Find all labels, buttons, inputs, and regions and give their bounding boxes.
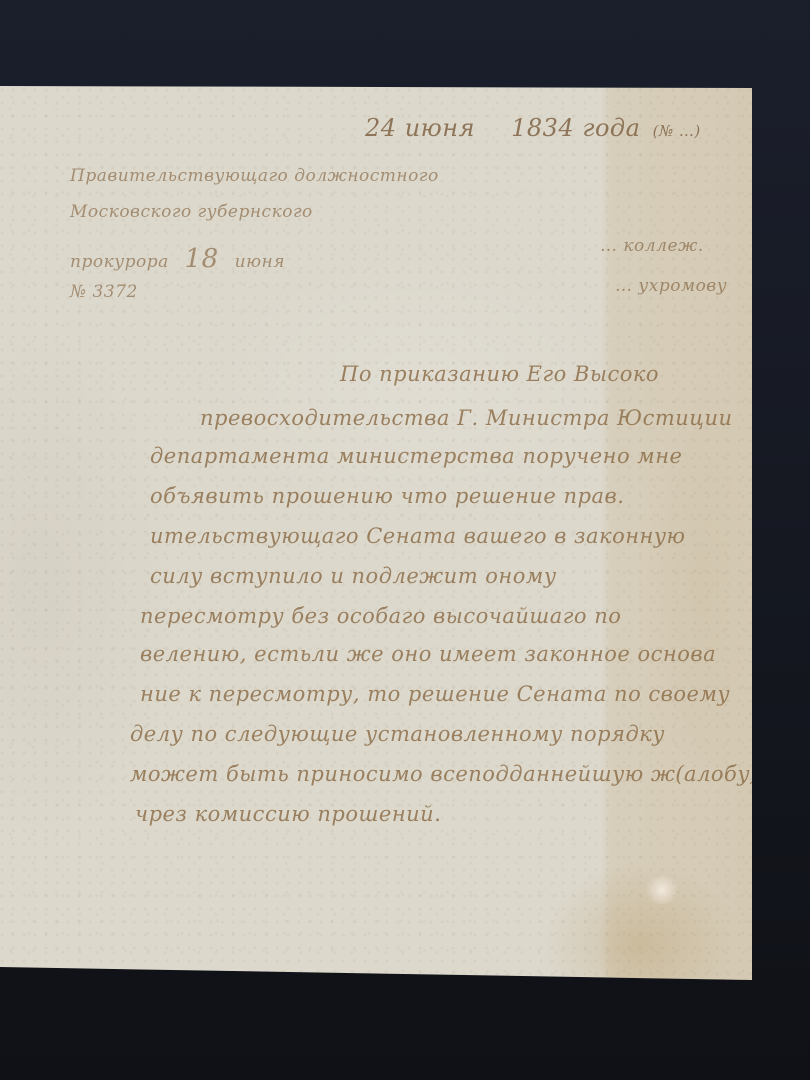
body-text-line: объявить прошению что решение прав. [150, 484, 624, 508]
date-month: июня [405, 114, 475, 142]
header-date: 24 июня 1834 года (№ …) [365, 114, 701, 142]
manuscript-page: 24 июня 1834 года (№ …) Правительствующа… [0, 86, 752, 980]
body-text-line: чрез комиссию прошений. [135, 802, 441, 826]
body-text-line: делу по следующие установленному порядку [130, 722, 665, 746]
body-text-line: силу вступило и подлежит оному [150, 564, 557, 588]
marginal-note-text: июня [235, 252, 285, 272]
body-text-line: департамента министерства поручено мне [150, 444, 682, 468]
marginal-note-line: № 3372 [70, 282, 138, 302]
body-text-line: превосходительства Г. Министра Юстиции [200, 406, 733, 430]
date-suffix: (№ …) [653, 122, 701, 140]
marginal-note-line: прокурора 18 июня [70, 244, 285, 274]
date-year: 1834 [511, 114, 574, 142]
date-day: 24 [365, 114, 397, 142]
right-note-line: … коллеж. [600, 236, 704, 256]
marginal-note-line: Правительствующаго должностного [70, 166, 439, 186]
body-text-line: ние к пересмотру, то решение Сената по с… [140, 682, 730, 706]
marginal-note-text: прокурора [70, 252, 169, 272]
marginal-note-line: Московского губернского [70, 202, 313, 222]
right-note-line: … ухромову [615, 276, 727, 296]
body-text-line: По приказанию Его Высоко [340, 362, 659, 386]
marginal-note-number: 18 [185, 244, 219, 274]
date-year-word: года [582, 114, 640, 142]
body-text-line: пересмотру без особаго высочайшаго по [140, 604, 621, 628]
body-text-line: может быть приносимо всеподданнейшую ж(а… [130, 762, 759, 786]
body-text-line: велению, естьли же оно имеет законное ос… [140, 642, 716, 666]
body-text-line: ительствующаго Сената вашего в законную [150, 524, 686, 548]
paper-stain [645, 876, 679, 904]
